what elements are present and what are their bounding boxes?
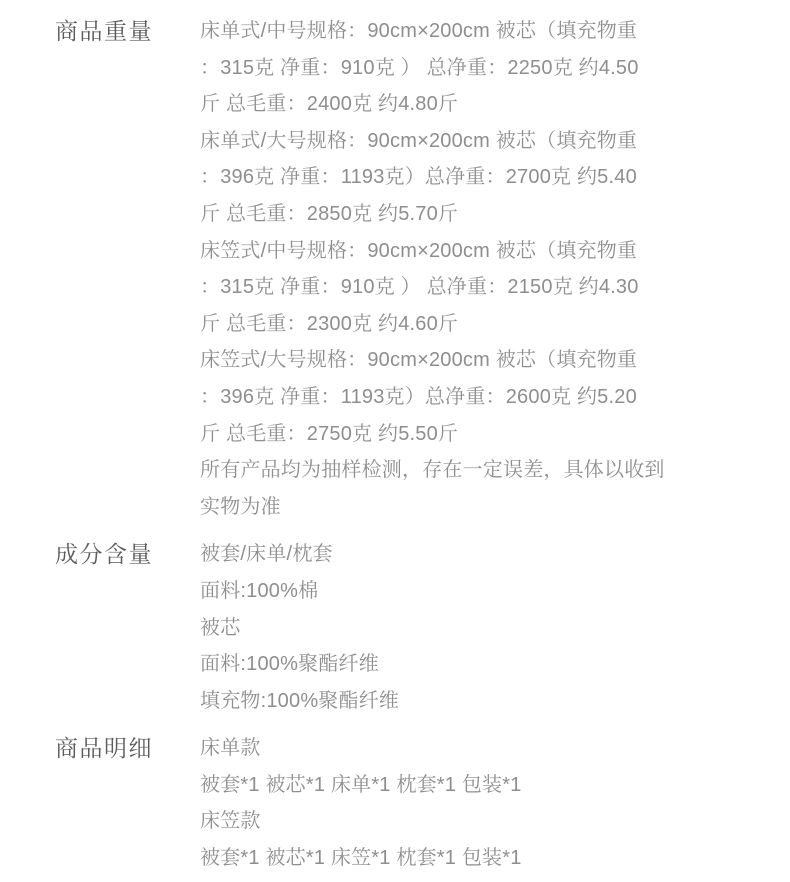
section-body-composition: 被套/床单/枕套面料:100%棉被芯面料:100%聚酯纤维填充物:100%聚酯纤… xyxy=(200,536,695,719)
section-body-product-detail: 床单款被套*1 被芯*1 床单*1 枕套*1 包装*1床笠款被套*1 被芯*1 … xyxy=(200,730,695,876)
spec-text-line: 床笠式/大号规格：90cm×200cm 被芯（填充物重 xyxy=(200,342,695,379)
spec-text-line: 被芯 xyxy=(200,610,695,647)
section-product-weight: 商品重量 床单式/中号规格：90cm×200cm 被芯（填充物重：315克 净重… xyxy=(55,13,695,525)
spec-text-line: 面料:100%棉 xyxy=(200,573,695,610)
product-spec-page: 商品重量 床单式/中号规格：90cm×200cm 被芯（填充物重：315克 净重… xyxy=(0,0,790,882)
spec-text-line: 斤 总毛重：2300克 约4.60斤 xyxy=(200,306,695,343)
spec-text-line: ：315克 净重：910克 ） 总净重：2150克 约4.30 xyxy=(200,269,695,306)
spec-text-line: 斤 总毛重：2400克 约4.80斤 xyxy=(200,86,695,123)
spec-text-line: 所有产品均为抽样检测，存在一定误差，具体以收到 xyxy=(200,452,695,489)
spec-text-line: 斤 总毛重：2750克 约5.50斤 xyxy=(200,416,695,453)
spec-text-line: 实物为准 xyxy=(200,489,695,526)
section-body-product-weight: 床单式/中号规格：90cm×200cm 被芯（填充物重：315克 净重：910克… xyxy=(200,13,695,525)
spec-text-line: 斤 总毛重：2850克 约5.70斤 xyxy=(200,196,695,233)
spec-text-line: 被套/床单/枕套 xyxy=(200,536,695,573)
spec-text-line: 被套*1 被芯*1 床单*1 枕套*1 包装*1 xyxy=(200,767,695,804)
spec-text-line: 床笠式/中号规格：90cm×200cm 被芯（填充物重 xyxy=(200,233,695,270)
spec-text-line: 床单式/中号规格：90cm×200cm 被芯（填充物重 xyxy=(200,13,695,50)
section-product-detail: 商品明细 床单款被套*1 被芯*1 床单*1 枕套*1 包装*1床笠款被套*1 … xyxy=(55,730,695,876)
spec-text-line: ：396克 净重：1193克）总净重：2600克 约5.20 xyxy=(200,379,695,416)
section-label-product-weight: 商品重量 xyxy=(55,13,200,50)
section-label-product-detail: 商品明细 xyxy=(55,730,200,767)
spec-text-line: 被套*1 被芯*1 床笠*1 枕套*1 包装*1 xyxy=(200,840,695,877)
section-composition: 成分含量 被套/床单/枕套面料:100%棉被芯面料:100%聚酯纤维填充物:10… xyxy=(55,536,695,719)
spec-text-line: 面料:100%聚酯纤维 xyxy=(200,646,695,683)
section-label-composition: 成分含量 xyxy=(55,536,200,573)
spec-text-line: 床单款 xyxy=(200,730,695,767)
spec-text-line: 床笠款 xyxy=(200,803,695,840)
spec-text-line: ：396克 净重：1193克）总净重：2700克 约5.40 xyxy=(200,159,695,196)
spec-text-line: 床单式/大号规格：90cm×200cm 被芯（填充物重 xyxy=(200,123,695,160)
spec-text-line: 填充物:100%聚酯纤维 xyxy=(200,683,695,720)
spec-text-line: ：315克 净重：910克 ） 总净重：2250克 约4.50 xyxy=(200,50,695,87)
